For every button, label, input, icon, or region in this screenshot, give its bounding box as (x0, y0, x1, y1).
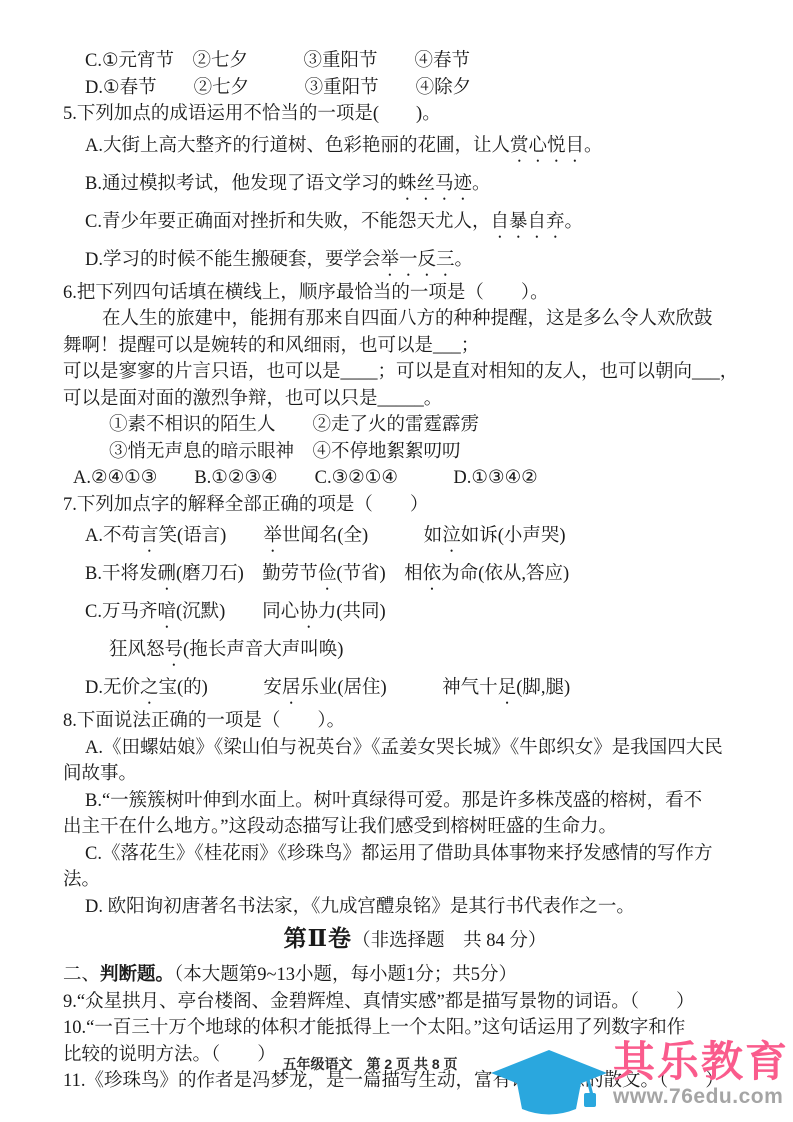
q7-option-c-cont: 狂风怒号(拖长声音大声叫唤) (63, 637, 767, 670)
watermark-text: 其乐教育 www.76edu.com (613, 1040, 789, 1109)
text-segment: (磨刀石) 勤劳节 (176, 564, 318, 584)
q6-passage-line-1: 在人生的旅建中，能拥有那来自四面八方的种种提醒，这是多么令人欢欣鼓 (63, 306, 767, 333)
text-segment: 。 (564, 212, 583, 232)
q8-option-a: A.《田螺姑娘》《梁山伯与祝英台》《孟姜女哭长城》《牛郎织女》是我国四大民 (63, 735, 767, 762)
q6-items-line-2: ③悄无声息的暗示眼神 ④不停地絮絮叨叨 (63, 439, 767, 466)
text-segment: 。 (455, 250, 474, 270)
emphasized-text: 举一反三 (381, 250, 455, 270)
q7-option-d: D.无价之宝(的) 安居乐业(居住) 神气十足(脚,腿) (63, 675, 767, 708)
part2-subtitle: （非选择题 共 84 分） (352, 931, 546, 951)
part2-title: 第Ⅱ卷 (284, 926, 352, 951)
brand-url: www.76edu.com (613, 1085, 789, 1109)
q8-option-b-cont: 出主干在什么地方。”这段动态描写让我们感受到榕树旺盛的生命力。 (63, 814, 767, 841)
emphasized-text: 足 (498, 678, 517, 698)
text-segment: 世闻名(全) 如 (282, 526, 442, 546)
text-segment: (拖长声音大声叫唤) (183, 640, 343, 660)
emphasized-text: 蛛丝马迹 (398, 174, 472, 194)
q8-stem: 8.下面说法正确的一项是（ ）。 (63, 708, 767, 735)
bold-text: 判断题。 (100, 965, 174, 985)
text-segment: (节省) 相 (336, 564, 422, 584)
text-segment: 狂风怒 (109, 640, 165, 660)
emphasized-text: 言 (140, 526, 159, 546)
text-segment: (脚,腿) (516, 678, 570, 698)
emphasized-text: 喑 (157, 602, 176, 622)
text-segment: 。 (472, 174, 491, 194)
text-segment: C.青少年要正确面对挫折和失败，不能怨天尤人， (85, 212, 490, 232)
watermark-logo: 其乐教育 www.76edu.com (489, 1040, 789, 1120)
text-segment: 乐业(居住) 神气十 (300, 678, 497, 698)
footer-course: 五年级语文 (282, 1056, 352, 1072)
text-segment: 。 (584, 136, 603, 156)
text-segment: 力(共同) (318, 602, 386, 622)
q7-option-c: C.万马齐喑(沉默) 同心协力(共同) (63, 599, 767, 632)
q5-option-b: B.通过模拟考试，他发现了语文学习的蛛丝马迹。 (63, 171, 767, 204)
q8-option-a-cont: 间故事。 (63, 761, 767, 788)
q5-option-a: A.大街上高大整齐的行道树、色彩艳丽的花圃，让人赏心悦目。 (63, 133, 767, 166)
q6-passage-line-3: 可以是寥寥的片言只语，也可以是____；可以是直对相知的友人，也可以朝向___， (63, 359, 767, 386)
q6-passage-line-4: 可以是面对面的激烈争辩，也可以只是_____。 (63, 386, 767, 413)
text-segment: A.不苟 (85, 526, 140, 546)
q6-stem: 6.把下列四句话填在横线上，顺序最恰当的一项是（ ）。 (63, 280, 767, 307)
text-segment: 如诉(小声哭) (461, 526, 566, 546)
q5-option-d: D.学习的时候不能生搬硬套，要学会举一反三。 (63, 247, 767, 280)
footer-page-number: 第 2 页 共 8 页 (366, 1056, 457, 1072)
emphasized-text: 举 (263, 526, 282, 546)
emphasized-text: 协 (299, 602, 318, 622)
q6-choices: A.②④①③ B.①②③④ C.③②①④ D.①③④② (63, 465, 767, 492)
section2-header: 二、判断题。（本大题第9~13小题，每小题1分；共5分） (63, 962, 767, 989)
q8-option-c-cont: 法。 (63, 867, 767, 894)
q7-stem: 7.下列加点字的解释全部正确的项是（ ） (63, 492, 767, 519)
emphasized-text: 之 (140, 678, 159, 698)
text-segment: （本大题第9~13小题，每小题1分；共5分） (174, 965, 517, 985)
exam-page: C.①元宵节 ②七夕 ③重阳节 ④春节 D.①春节 ②七夕 ③重阳节 ④除夕 5… (0, 0, 793, 1122)
emphasized-text: 号 (165, 640, 184, 660)
text-segment: D.学习的时候不能生搬硬套，要学会 (85, 250, 381, 270)
text-segment: 宝(的) 安 (159, 678, 282, 698)
emphasized-text: 硎 (157, 564, 176, 584)
emphasized-text: 俭 (318, 564, 337, 584)
text-segment: C.万马齐 (85, 602, 157, 622)
emphasized-text: 泣 (442, 526, 461, 546)
q7-option-b: B.干将发硎(磨刀石) 勤劳节俭(节省) 相依为命(依从,答应) (63, 561, 767, 594)
text-segment: B.通过模拟考试，他发现了语文学习的 (85, 174, 398, 194)
emphasized-text: 自暴自弃 (490, 212, 564, 232)
q4-option-d: D.①春节 ②七夕 ③重阳节 ④除夕 (63, 75, 767, 102)
q8-option-b: B.“一簇簇树叶伸到水面上。树叶真绿得可爱。那是许多株茂盛的榕树，看不 (63, 788, 767, 815)
text-segment: 为命(依从,答应) (441, 564, 569, 584)
q9: 9.“众星拱月、亭台楼阁、金碧辉煌、真情实感”都是描写景物的词语。（ ） (63, 989, 767, 1016)
q8-option-d: D. 欧阳询初唐著名书法家，《九成宫醴泉铭》是其行书代表作之一。 (63, 894, 767, 921)
text-segment: 二、 (63, 965, 100, 985)
brand-name: 其乐教育 (613, 1040, 789, 1084)
graduation-cap-icon (489, 1046, 611, 1120)
q6-items-line-1: ①素不相识的陌生人 ②走了火的雷霆霹雳 (63, 412, 767, 439)
text-segment: D.无价 (85, 678, 140, 698)
q7-option-a: A.不苟言笑(语言) 举世闻名(全) 如泣如诉(小声哭) (63, 523, 767, 556)
emphasized-text: 居 (282, 678, 301, 698)
text-segment: 笑(语言) (159, 526, 264, 546)
text-segment: A.大街上高大整齐的行道树、色彩艳丽的花圃，让人 (85, 136, 510, 156)
emphasized-text: 赏心悦目 (510, 136, 584, 156)
q6-passage-line-2: 舞啊！提醒可以是婉转的和风细雨，也可以是___； (63, 333, 767, 360)
q4-option-c: C.①元宵节 ②七夕 ③重阳节 ④春节 (63, 48, 767, 75)
q5-option-c: C.青少年要正确面对挫折和失败，不能怨天尤人，自暴自弃。 (63, 209, 767, 242)
text-segment: B.干将发 (85, 564, 157, 584)
text-segment: (沉默) 同心 (176, 602, 299, 622)
q5-stem: 5.下列加点的成语运用不恰当的一项是( )。 (63, 101, 767, 128)
q8-option-c: C.《落花生》《桂花雨》《珍珠鸟》都运用了借助具体事物来抒发感情的写作方 (63, 841, 767, 868)
part2-heading: 第Ⅱ卷（非选择题 共 84 分） (63, 922, 767, 958)
emphasized-text: 依 (423, 564, 442, 584)
